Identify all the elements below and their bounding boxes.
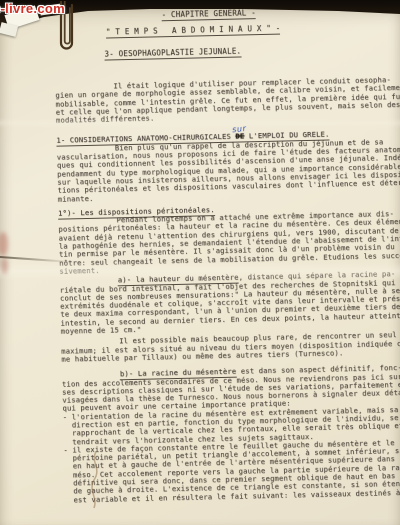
chapter-title: - CHAPITRE GENERAL - xyxy=(161,8,256,21)
section-title: " T E M P S A B D O M I N A U X " - xyxy=(106,24,281,39)
ink-smudge xyxy=(88,450,110,512)
photo-of-document: - CHAPITRE GENERAL - " T E M P S A B D O… xyxy=(0,0,400,525)
body-text: Il était logique d'utiliser pour remplac… xyxy=(55,75,400,505)
paper-fold-highlight xyxy=(0,262,400,280)
red-smudge xyxy=(1,258,8,274)
paper-fold-highlight xyxy=(0,118,400,128)
watermark: e-livre.com xyxy=(0,1,65,16)
document-title: 3- OESOPHAGOPLASTIE JEJUNALE. xyxy=(104,46,241,60)
